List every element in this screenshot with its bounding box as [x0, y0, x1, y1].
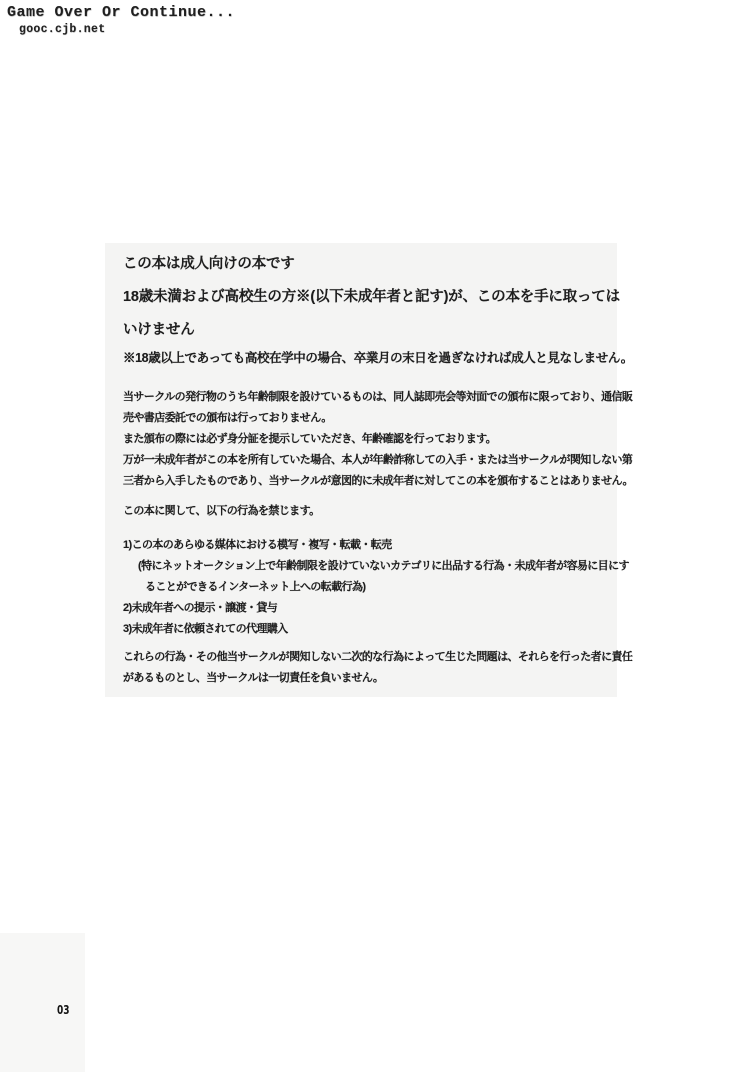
- page-number-strip: 03: [0, 933, 85, 1072]
- liability-paragraph: これらの行為・その他当サークルが関知しない二次的な行為によって生じた問題は、それ…: [123, 647, 599, 689]
- prohibited-item-1: 1)この本のあらゆる媒体における模写・複写・転載・転売: [123, 535, 599, 556]
- prohibition-intro-line: この本に関して、以下の行為を禁じます。: [123, 501, 599, 522]
- page-number: 03: [57, 1002, 70, 1017]
- distribution-policy-paragraph: 当サークルの発行物のうち年齢制限を設けているものは、同人誌即売会等対面での頒布に…: [123, 387, 599, 492]
- age-definition-note: ※18歳以上であっても高校在学中の場合、卒業月の末日を過ぎなければ成人と見なしま…: [123, 348, 599, 368]
- distribution-line-5: 三者から入手したものであり、当サークルが意図的に未成年者に対してこの本を頒布する…: [123, 471, 599, 492]
- liability-line-2: があるものとし、当サークルは一切責任を負いません。: [123, 668, 599, 689]
- distribution-line-3: また頒布の際には必ず身分証を提示していただき、年齢確認を行っております。: [123, 429, 599, 450]
- heading-line-3: いけません: [123, 314, 599, 347]
- prohibited-item-2: 2)未成年者への提示・譲渡・貸与: [123, 598, 599, 619]
- distribution-line-2: 売や書店委託での頒布は行っておりません。: [123, 408, 599, 429]
- prohibited-acts-list: 1)この本のあらゆる媒体における模写・複写・転載・転売 (特にネットオークション…: [123, 535, 599, 640]
- prohibited-item-1-note-line-2: ることができるインターネット上への転載行為): [123, 577, 599, 598]
- distribution-line-1: 当サークルの発行物のうち年齢制限を設けているものは、同人誌即売会等対面での頒布に…: [123, 387, 599, 408]
- prohibited-item-3: 3)未成年者に依頼されての代理購入: [123, 619, 599, 640]
- prohibition-intro-paragraph: この本に関して、以下の行為を禁じます。: [123, 501, 599, 522]
- adult-disclaimer-box: この本は成人向けの本です 18歳未満および高校生の方※(以下未成年者と記す)が、…: [105, 243, 617, 697]
- prohibited-item-1-note-line-1: (特にネットオークション上で年齢制限を設けていないカテゴリに出品する行為・未成年…: [123, 556, 599, 577]
- disclaimer-heading: この本は成人向けの本です 18歳未満および高校生の方※(以下未成年者と記す)が、…: [123, 248, 599, 347]
- heading-line-1: この本は成人向けの本です: [123, 248, 599, 281]
- circle-title: Game Over Or Continue...: [7, 4, 235, 21]
- liability-line-1: これらの行為・その他当サークルが関知しない二次的な行為によって生じた問題は、それ…: [123, 647, 599, 668]
- circle-website-url: gooc.cjb.net: [19, 23, 105, 36]
- distribution-line-4: 万が一未成年者がこの本を所有していた場合、本人が年齢詐称しての入手・または当サー…: [123, 450, 599, 471]
- heading-line-2: 18歳未満および高校生の方※(以下未成年者と記す)が、この本を手に取っては: [123, 281, 599, 314]
